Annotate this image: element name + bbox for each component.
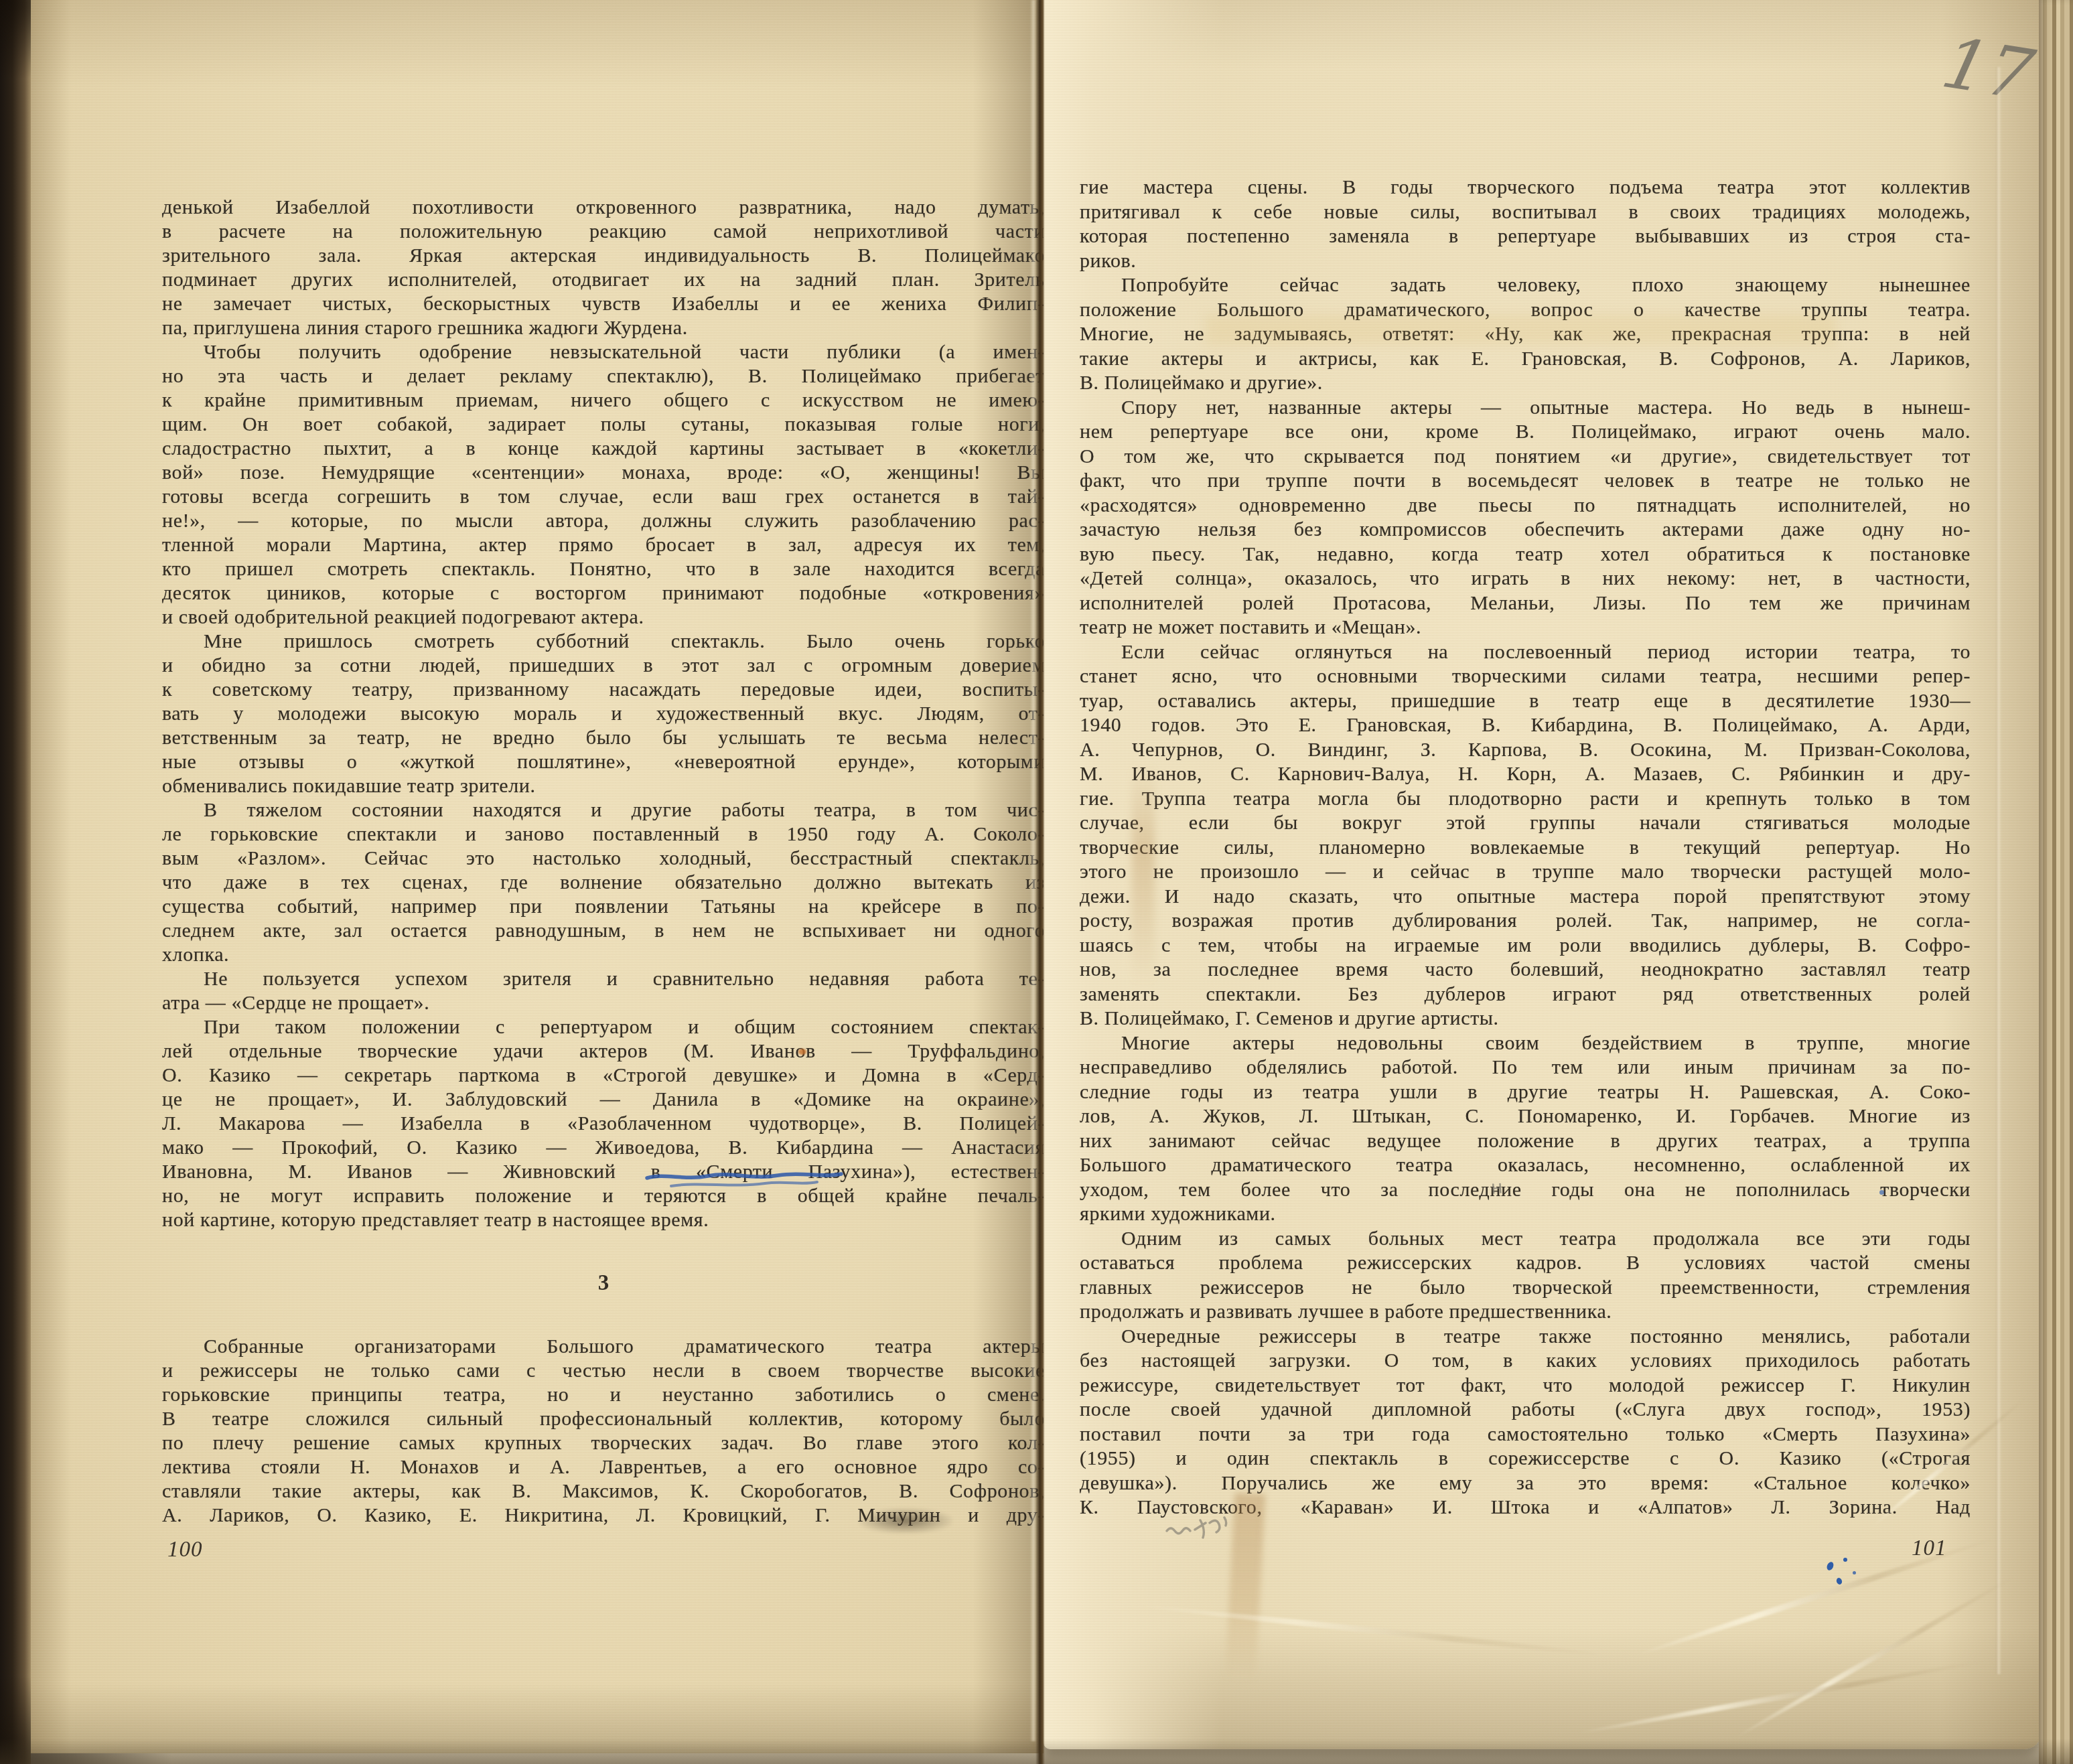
text-line: При таком положении с репертуаром и общи… [162, 1015, 1045, 1039]
text-line: притягивал к себе новые силы, воспитывал… [1080, 200, 1971, 225]
left-page: денькой Изабеллой похотливости откровенн… [31, 0, 1044, 1753]
text-line: оставаться проблема режиссерских кадров.… [1080, 1251, 1971, 1276]
ink-underline [644, 1168, 845, 1191]
text-line: Очередные режиссеры в театре также посто… [1080, 1325, 1971, 1349]
scan-shadow-bottom [0, 1739, 2073, 1764]
text-line: продолжать и развивать лучшее в работе п… [1080, 1300, 1971, 1325]
text-line: по плечу решение самых крупных творчески… [162, 1431, 1045, 1455]
text-line: лов, А. Жуков, Л. Штыкан, С. Пономаренко… [1080, 1104, 1971, 1129]
text-line: горьковские принципы театра, но и неуста… [162, 1383, 1045, 1407]
text-line: «расходятся» одновременно две пьесы по п… [1080, 494, 1971, 518]
text-line: росту, возражая против дублирования роле… [1080, 909, 1971, 934]
text-line: шаясь с тем, чтобы на играемые им роли в… [1080, 934, 1971, 958]
text-line: без настоящей загрузки. О том, в каких у… [1080, 1349, 1971, 1374]
paper-fleck [798, 1049, 806, 1055]
text-line: гие мастера сцены. В годы творческого по… [1080, 175, 1971, 200]
left-page-text-top: денькой Изабеллой похотливости откровенн… [162, 196, 1045, 1232]
text-line: Собранные организаторами Большого драмат… [162, 1335, 1045, 1359]
text-line: станет ясно, что основными творческими с… [1080, 664, 1971, 689]
text-line: Мне пришлось смотреть субботний спектакл… [162, 630, 1045, 654]
text-line: в расчете на положительную реакцию самой… [162, 220, 1045, 244]
text-line: Ивановна, М. Иванов — Живновский в «Смер… [162, 1160, 1045, 1184]
text-line: лектива стояли Н. Монахов и А. Лаврентье… [162, 1455, 1045, 1479]
page-gutter [1035, 0, 1045, 1764]
text-line: не!», — которые, по мысли автора, должны… [162, 509, 1045, 533]
paper-stain [1206, 315, 1835, 344]
text-line: факт, что при труппе почти в восемьдесят… [1080, 469, 1971, 494]
text-line: такие актеры и актрисы, как Е. Грановска… [1080, 347, 1971, 372]
text-line: мако — Прокофий, О. Казико — Живоедова, … [162, 1136, 1045, 1160]
text-line: следнем акте, зал остается равнодушным, … [162, 919, 1045, 943]
book-spine-edge [0, 0, 31, 1764]
ink-dot [1843, 1558, 1847, 1562]
paper-stain [1132, 763, 1155, 984]
text-line: яркими художниками. [1080, 1202, 1971, 1227]
text-line: па, приглушена линия старого грешника жа… [162, 316, 1045, 340]
text-line: ставляли такие актеры, как В. Максимов, … [162, 1479, 1045, 1503]
text-line: В тяжелом состоянии находятся и другие р… [162, 798, 1045, 822]
text-line: но, не могут исправить положение и теряю… [162, 1184, 1045, 1208]
text-line: О том же, что скрывается под понятием «и… [1080, 445, 1971, 469]
text-line: зачастую нельзя без компромиссов обеспеч… [1080, 518, 1971, 542]
text-line: нем репертуаре все они, кроме В. Полицей… [1080, 420, 1971, 445]
text-line: Одним из самых больных мест театра продо… [1080, 1227, 1971, 1252]
text-line: и своей одобрительной реакцией подогрева… [162, 605, 1045, 630]
text-line: вым «Разлом». Сейчас это настолько холод… [162, 847, 1045, 871]
text-line: вую пьесу. Так, недавно, когда театр хот… [1080, 542, 1971, 567]
text-line: М. Иванов, С. Карнович-Валуа, Н. Корн, А… [1080, 762, 1971, 787]
text-line: нов, за последнее время часто болевший, … [1080, 958, 1971, 982]
text-line: существа событий, например при появлении… [162, 895, 1045, 919]
text-line: Попробуйте сейчас задать человеку, плохо… [1080, 273, 1971, 298]
text-line: и режиссеры не только сами с честью несл… [162, 1359, 1045, 1383]
text-line: девушка»). Поручались же ему за это врем… [1080, 1471, 1971, 1496]
text-line: кто пришел смотреть спектакль. Понятно, … [162, 557, 1045, 581]
text-line: риков. [1080, 249, 1971, 274]
text-line: следние годы из театра ушли в другие теа… [1080, 1080, 1971, 1105]
text-line: но эта часть и делает рекламу спектаклю)… [162, 364, 1045, 388]
text-line: хлопка. [162, 943, 1045, 967]
text-line: готовы всегда согрешить в том случае, ес… [162, 485, 1045, 509]
text-line: заменять спектакли. Без дублеров играют … [1080, 982, 1971, 1007]
text-line: ные отзывы о «жуткой пошлятине», «неверо… [162, 750, 1045, 774]
text-line: денькой Изабеллой похотливости откровенн… [162, 196, 1045, 220]
ink-smudge [859, 1508, 952, 1534]
ink-dot [1879, 1190, 1884, 1195]
handwritten-page-mark: 17 [1935, 22, 2041, 116]
text-line: Спору нет, названные актеры — опытные ма… [1080, 396, 1971, 421]
text-line: ветственным за театр, не вредно было бы … [162, 726, 1045, 750]
text-line: поставил почти за три года самостоятельн… [1080, 1422, 1971, 1447]
margin-pencil-letter: н [1490, 1177, 1504, 1198]
text-line: обменивались покидавшие театр зрители. [162, 774, 1045, 798]
text-line: зрительного зала. Яркая актерская индиви… [162, 244, 1045, 268]
text-line: после своей удачной дипломной работы («С… [1080, 1398, 1971, 1422]
text-line: исполнителей ролей Протасова, Меланьи, Л… [1080, 591, 1971, 616]
text-line: А. Чепурнов, О. Виндинг, З. Карпова, В. … [1080, 738, 1971, 763]
text-line: десяток циников, которые с восторгом при… [162, 581, 1045, 605]
text-line: Л. Макарова — Изабелла в «Разоблаченном … [162, 1112, 1045, 1136]
text-line: 1940 годов. Это Е. Грановская, В. Кибард… [1080, 713, 1971, 738]
text-line: режиссуре, свидетельствует тот факт, что… [1080, 1374, 1971, 1398]
text-line: (1955) и один спектакль в сорежиссерстве… [1080, 1447, 1971, 1471]
text-line: туар, оставались актеры, пришедшие в теа… [1080, 689, 1971, 714]
text-line: О. Казико — секретарь парткома в «Строго… [162, 1063, 1045, 1088]
text-line: Большого драматического театра оказалась… [1080, 1153, 1971, 1178]
text-line: несправедливо обделялись работой. По тем… [1080, 1055, 1971, 1080]
text-line: ле горьковские спектакли и заново постав… [162, 822, 1045, 847]
text-line: Многие актеры недовольны своим бездейств… [1080, 1031, 1971, 1056]
page-number-left: 100 [167, 1538, 203, 1562]
right-page-text: гие мастера сцены. В годы творческого по… [1080, 175, 1971, 1520]
text-line: атра — «Сердце не прощает». [162, 991, 1045, 1015]
text-line: уходом, тем более что за последние годы … [1080, 1178, 1971, 1203]
text-line: вать у молодежи высокую мораль и художес… [162, 702, 1045, 726]
right-page: гие мастера сцены. В годы творческого по… [1044, 0, 2042, 1749]
text-line: Не пользуется успехом зрителя и сравните… [162, 967, 1045, 991]
text-line: В. Полицеймако, Г. Семенов и другие арти… [1080, 1007, 1971, 1031]
text-line: ной картине, которую представляет театр … [162, 1208, 1045, 1232]
text-line: творческие силы, планомерно вовлекаемые … [1080, 836, 1971, 861]
paper-crease [1996, 67, 2001, 1674]
text-line: вой» позе. Немудрящие «сентенции» монаха… [162, 461, 1045, 485]
text-line: щим. Он воет собакой, задирает полы сута… [162, 413, 1045, 437]
text-line: Если сейчас оглянуться на послевоенный п… [1080, 640, 1971, 665]
page-stack-edge [2039, 0, 2073, 1764]
text-line: случае, если бы вокруг этой группы начал… [1080, 811, 1971, 836]
text-line: этого не произошло — и сейчас в труппе м… [1080, 860, 1971, 885]
text-line: главных режиссеров не было творческой пр… [1080, 1276, 1971, 1301]
text-line: них занимают сейчас ведущее положение в … [1080, 1129, 1971, 1154]
left-page-text-bottom: Собранные организаторами Большого драмат… [162, 1335, 1045, 1528]
text-line: В. Полицеймако и другие». [1080, 371, 1971, 396]
text-line: к советскому театру, призванному насажда… [162, 678, 1045, 702]
text-line: В театре сложился сильный профессиональн… [162, 1407, 1045, 1431]
text-line: лей отдельные творческие удачи актеров (… [162, 1039, 1045, 1063]
text-line: гие. Труппа театра могла бы плодотворно … [1080, 787, 1971, 812]
text-line: Чтобы получить одобрение невзыскательной… [162, 340, 1045, 364]
text-line: театр не может поставить и «Мещан». [1080, 615, 1971, 640]
text-line: дежи. И надо сказать, что опытные мастер… [1080, 885, 1971, 909]
book-scan: денькой Изабеллой похотливости откровенн… [0, 0, 2073, 1764]
text-line: тленной морали Мартина, актер прямо брос… [162, 533, 1045, 557]
text-line: «Детей солнца», оказалось, что играть в … [1080, 567, 1971, 591]
text-line: це не прощает», И. Заблудовский — Данила… [162, 1088, 1045, 1112]
text-line: которая постепенно заменяла в репертуаре… [1080, 224, 1971, 249]
text-line: сладострастно пыхтит, а в конце каждой к… [162, 437, 1045, 461]
text-line: и обидно за сотни людей, пришедших в это… [162, 654, 1045, 678]
section-heading: 3 [162, 1271, 1045, 1296]
text-line: не замечает чистых, бескорыстных чувств … [162, 292, 1045, 316]
ink-dot [1853, 1571, 1856, 1574]
text-line: что даже в тех сценах, где волнение обяз… [162, 871, 1045, 895]
text-line: подминает других исполнителей, отодвигае… [162, 268, 1045, 292]
text-line: к крайне примитивным приемам, ничего общ… [162, 388, 1045, 413]
